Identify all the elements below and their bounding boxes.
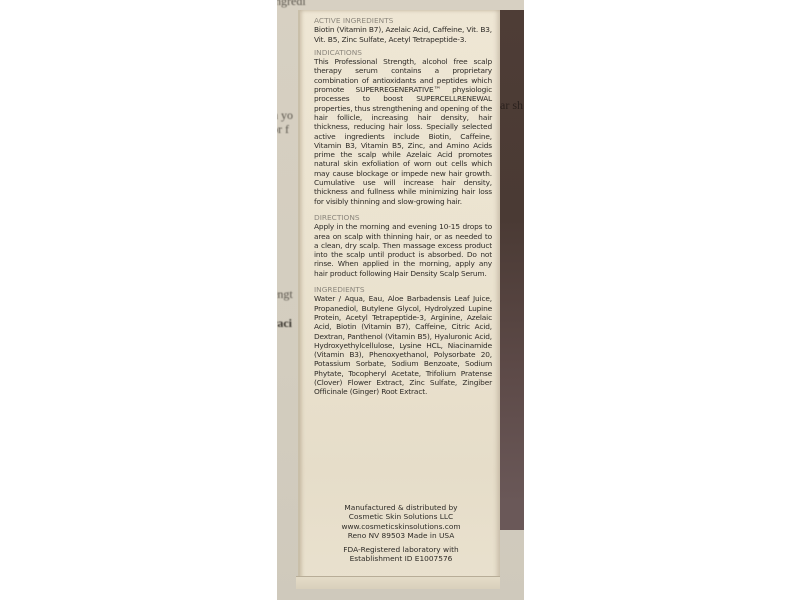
fda-line: FDA-Registered laboratory with: [306, 545, 496, 554]
directions-heading: DIRECTIONS: [314, 213, 492, 222]
box-bottom-flap: [296, 576, 500, 589]
manufacturer-info: Manufactured & distributed by Cosmetic S…: [306, 503, 496, 564]
fda-establishment-id: Establishment ID E1007576: [306, 554, 496, 563]
paper-text-fragment: or f: [277, 122, 289, 137]
ingredients-text: Water / Aqua, Eau, Aloe Barbadensis Leaf…: [314, 294, 492, 396]
active-ingredients-heading: ACTIVE INGREDIENTS: [314, 16, 492, 25]
directions-text: Apply in the morning and evening 10-15 d…: [314, 222, 492, 278]
paper-text-fragment: ngredi: [277, 0, 306, 9]
paper-text-fragment: h yo: [277, 108, 293, 123]
indications-text: This Professional Strength, alcohol free…: [314, 57, 492, 206]
indications-heading: INDICATIONS: [314, 48, 492, 57]
ingredients-heading: INGREDIENTS: [314, 285, 492, 294]
paper-text-fragment: ar sh: [500, 98, 523, 113]
manufacturer-line: Manufactured & distributed by: [306, 503, 496, 512]
active-ingredients-text: Biotin (Vitamin B7), Azelaic Acid, Caffe…: [314, 25, 492, 44]
product-box: ACTIVE INGREDIENTS Biotin (Vitamin B7), …: [298, 10, 500, 586]
paper-text-fragment: raci: [277, 316, 292, 331]
paper-text-fragment: engt: [277, 287, 293, 302]
manufacturer-address: Reno NV 89503 Made in USA: [306, 531, 496, 540]
manufacturer-name: Cosmetic Skin Solutions LLC: [306, 512, 496, 521]
shadow-region: ar sh: [498, 10, 524, 530]
label-content: ACTIVE INGREDIENTS Biotin (Vitamin B7), …: [314, 16, 492, 397]
manufacturer-website: www.cosmeticskinsolutions.com: [306, 522, 496, 531]
